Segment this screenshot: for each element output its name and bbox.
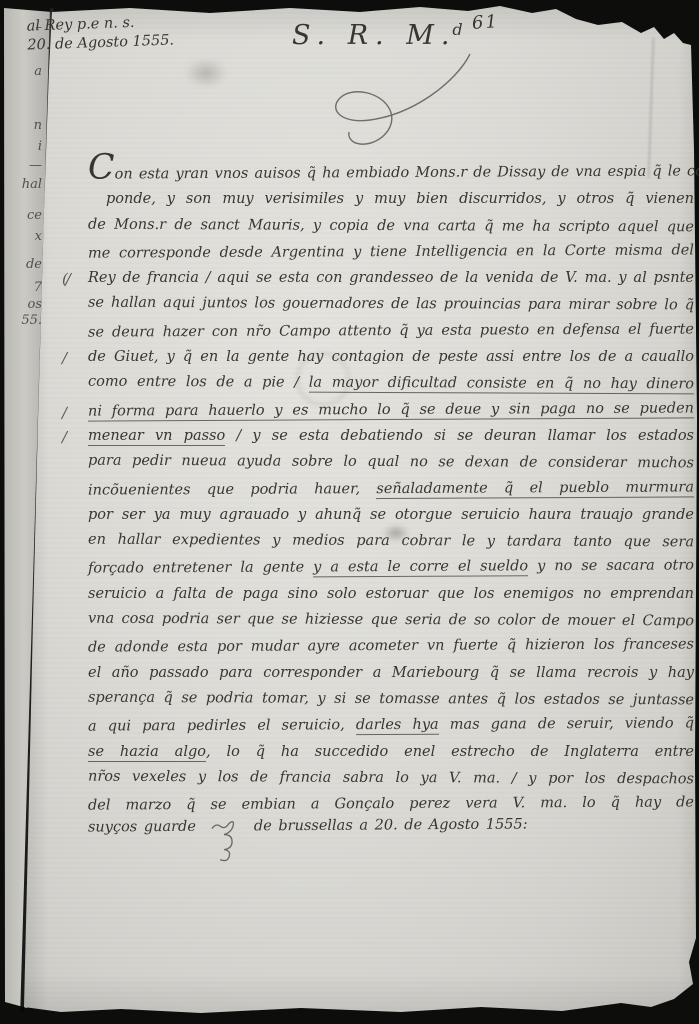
line-text: nr̃os vexeles y los de francia sabra lo … <box>88 769 694 788</box>
manuscript-line: nr̃os vexeles y los de francia sabra lo … <box>88 764 694 793</box>
line-text: del marzo q̃ se embian a Gonçalo perez v… <box>88 795 694 814</box>
manuscript-line: forçado entretener la gente y a esta le … <box>88 553 694 582</box>
facing-page-text-fragment: — <box>2 158 42 173</box>
line-text: incõuenientes que podria hauer, <box>88 481 376 499</box>
manuscript-line: me corresponde desde Argentina y tiene I… <box>88 237 694 266</box>
marginal-mark: / <box>62 345 65 371</box>
line-text: y no se sacara otro <box>528 558 694 575</box>
line-text: mas gana de seruir, viendo q̃ <box>439 716 694 733</box>
line-text: , lo q̃ ha succedido enel estrecho de In… <box>206 744 694 760</box>
facing-page-text-fragment: a <box>2 64 42 79</box>
facing-page-text-fragment: n <box>2 118 42 133</box>
line-text: se hallan aqui juntos los gouernadores d… <box>88 295 694 314</box>
underlined-phrase: la mayor dificultad consiste en q̃ no ha… <box>309 375 694 395</box>
underlined-phrase: menear vn passo <box>88 428 225 446</box>
facing-page-text-fragment: x <box>2 229 42 244</box>
manuscript-line: a qui para pedirles el seruicio, darles … <box>88 711 694 740</box>
line-text: ponde, y son muy verisimiles y muy bien … <box>106 191 694 207</box>
underlined-phrase: ni forma para hauerlo y es mucho lo q̃ s… <box>88 400 694 421</box>
line-text: Con esta yran vnos auisos q̃ ha embiado … <box>88 163 699 182</box>
facing-page-text-fragment: i <box>2 139 42 154</box>
manuscript-line: seruicio a falta de paga sino solo estor… <box>88 581 694 607</box>
underlined-phrase: se hazia algo <box>88 744 206 762</box>
line-text: el año passado para corresponder a Marie… <box>88 665 694 681</box>
manuscript-line: de adonde esta por mudar ayre acometer v… <box>88 632 694 661</box>
line-text: se deura hazer con nr̃o Campo attento q̃… <box>88 321 694 340</box>
line-text: a qui para pedirles el seruicio, <box>88 717 356 734</box>
facing-page-text-fragment: hal <box>2 177 42 192</box>
manuscript-line: como entre los de a pie / la mayor dific… <box>88 369 694 398</box>
manuscript-line: se hazia algo, lo q̃ ha succedido enel e… <box>88 739 694 765</box>
manuscript-line: se hallan aqui juntos los gouernadores d… <box>88 290 694 319</box>
manuscript-line: para pedir nueua ayuda sobre lo qual no … <box>88 448 694 477</box>
marginal-mark: (/ <box>62 266 69 292</box>
scribal-mark-icon <box>210 818 240 862</box>
manuscript-line: de Mons.r de sanct Mauris, y copia de vn… <box>88 211 694 240</box>
manuscript-line: por ser ya muy agrauado y ahunq̃ se otor… <box>88 502 694 528</box>
line-text: de Giuet, y q̃ en la gente hay contagion… <box>88 349 694 365</box>
underlined-phrase: y a esta le corre el sueldo <box>313 559 528 578</box>
closing-text-left: suyços guarde <box>88 819 196 836</box>
line-text: de adonde esta por mudar ayre acometer v… <box>88 637 694 656</box>
line-text: en hallar expedientes y medios para cobr… <box>88 532 694 551</box>
facing-page-text-fragment: ce <box>2 208 42 223</box>
manuscript-line: /de Giuet, y q̃ en la gente hay contagio… <box>88 344 694 370</box>
manuscript-line: (/Rey de francia / aqui se esta con gran… <box>88 265 694 291</box>
facing-page-text-fragment: 55. <box>2 313 42 328</box>
marginal-mark: / <box>62 399 65 425</box>
manuscript-line: en hallar expedientes y medios para cobr… <box>88 527 694 556</box>
manuscript-line: se deura hazer con nr̃o Campo attento q̃… <box>88 316 694 345</box>
manuscript-line: incõuenientes que podria hauer, señalad… <box>88 474 694 503</box>
salutation-superscript: d <box>452 20 462 39</box>
line-text: para pedir nueua ayuda sobre lo qual no … <box>88 453 694 472</box>
line-text: Rey de francia / aqui se esta con grande… <box>88 270 694 286</box>
salutation-text: S. R. M. <box>292 20 456 51</box>
line-text: seruicio a falta de paga sino solo estor… <box>88 586 694 602</box>
manuscript-line: vna cosa podria ser que se hiziesse que … <box>88 606 694 635</box>
facing-page-text-fragment: de <box>2 257 42 272</box>
manuscript-line: el año passado para corresponder a Marie… <box>88 660 694 686</box>
underlined-phrase: darles hya <box>356 717 439 735</box>
salutation-flourish-icon <box>318 52 503 152</box>
line-text: / y se esta debatiendo si se deuran llam… <box>225 428 694 444</box>
line-text: de Mons.r de sanct Mauris, y copia de vn… <box>88 216 694 235</box>
line-text: me corresponde desde Argentina y tiene I… <box>88 242 694 261</box>
line-text: como entre los de a pie / <box>88 374 309 391</box>
manuscript-line: /menear vn passo / y se esta debatiendo … <box>88 423 694 449</box>
line-text: vna cosa podria ser que se hiziesse que … <box>88 611 694 630</box>
line-text: sperança q̃ se podria tomar, y si se tom… <box>88 690 694 709</box>
salutation: S. R. M.d <box>292 20 463 51</box>
closing-line: suyços guarde de brussellas a 20. de Ago… <box>88 816 528 849</box>
underlined-phrase: señaladamente q̃ el pueblo murmura <box>376 479 694 499</box>
line-text: por ser ya muy agrauado y ahunq̃ se otor… <box>88 507 694 523</box>
manuscript-scan: –ani—halcexde7os55.f al Rey p.e n. s. 20… <box>0 0 699 1024</box>
facing-page-text-fragment: os <box>2 297 42 312</box>
folio-number: 61 <box>471 11 499 34</box>
manuscript-line: Con esta yran vnos auisos q̃ ha embiado … <box>88 154 694 187</box>
manuscript-line: /ni forma para hauerlo y es mucho lo q̃ … <box>88 395 694 424</box>
manuscript-line: ponde, y son muy verisimiles y muy bien … <box>88 186 694 212</box>
archival-margin-note: al Rey p.e n. s. 20. de Agosto 1555. <box>26 12 174 55</box>
manuscript-line: del marzo q̃ se embian a Gonçalo perez v… <box>88 790 694 819</box>
manuscript-line: sperança q̃ se podria tomar, y si se tom… <box>88 685 694 714</box>
closing-text-right: de brussellas a 20. de Agosto 1555: <box>254 816 528 834</box>
line-text: forçado entretener la gente <box>88 560 313 577</box>
facing-page-text-fragment: 7 <box>2 280 42 295</box>
letter-body: Con esta yran vnos auisos q̃ ha embiado … <box>88 156 694 817</box>
marginal-mark: / <box>62 424 65 450</box>
